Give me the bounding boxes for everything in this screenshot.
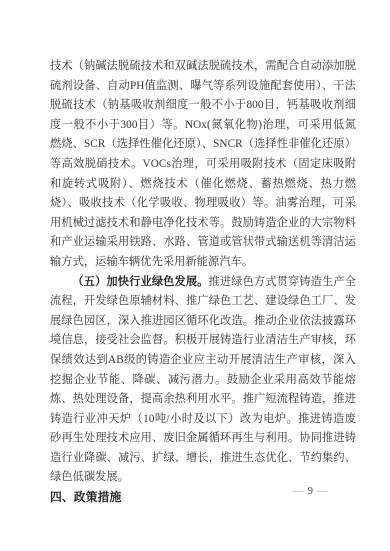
paragraph-item-5: （五）加快行业绿色发展。推进绿色方式贯穿铸造生产全流程，开发绿色原辅材料、推广绿… <box>50 273 356 489</box>
document-page: 技术（钠碱法脱硫技术和双碱法脱硫技术，需配合自动添加脱硫剂设备、自动PH值监测、… <box>0 0 390 551</box>
page-number-dash-left: — <box>290 485 308 497</box>
paragraph-continuation: 技术（钠碱法脱硫技术和双碱法脱硫技术，需配合自动添加脱硫剂设备、自动PH值监测、… <box>50 57 356 273</box>
page-number: —9— <box>290 484 333 498</box>
paragraph-item-5-lead: （五）加快行业绿色发展。 <box>72 276 208 288</box>
body-text: 技术（钠碱法脱硫技术和双碱法脱硫技术，需配合自动添加脱硫剂设备、自动PH值监测、… <box>50 57 356 508</box>
page-number-dash-right: — <box>314 485 332 497</box>
paragraph-item-5-body: 推进绿色方式贯穿铸造生产全流程，开发绿色原辅材料、推广绿色工艺、建设绿色工厂、发… <box>50 276 356 484</box>
